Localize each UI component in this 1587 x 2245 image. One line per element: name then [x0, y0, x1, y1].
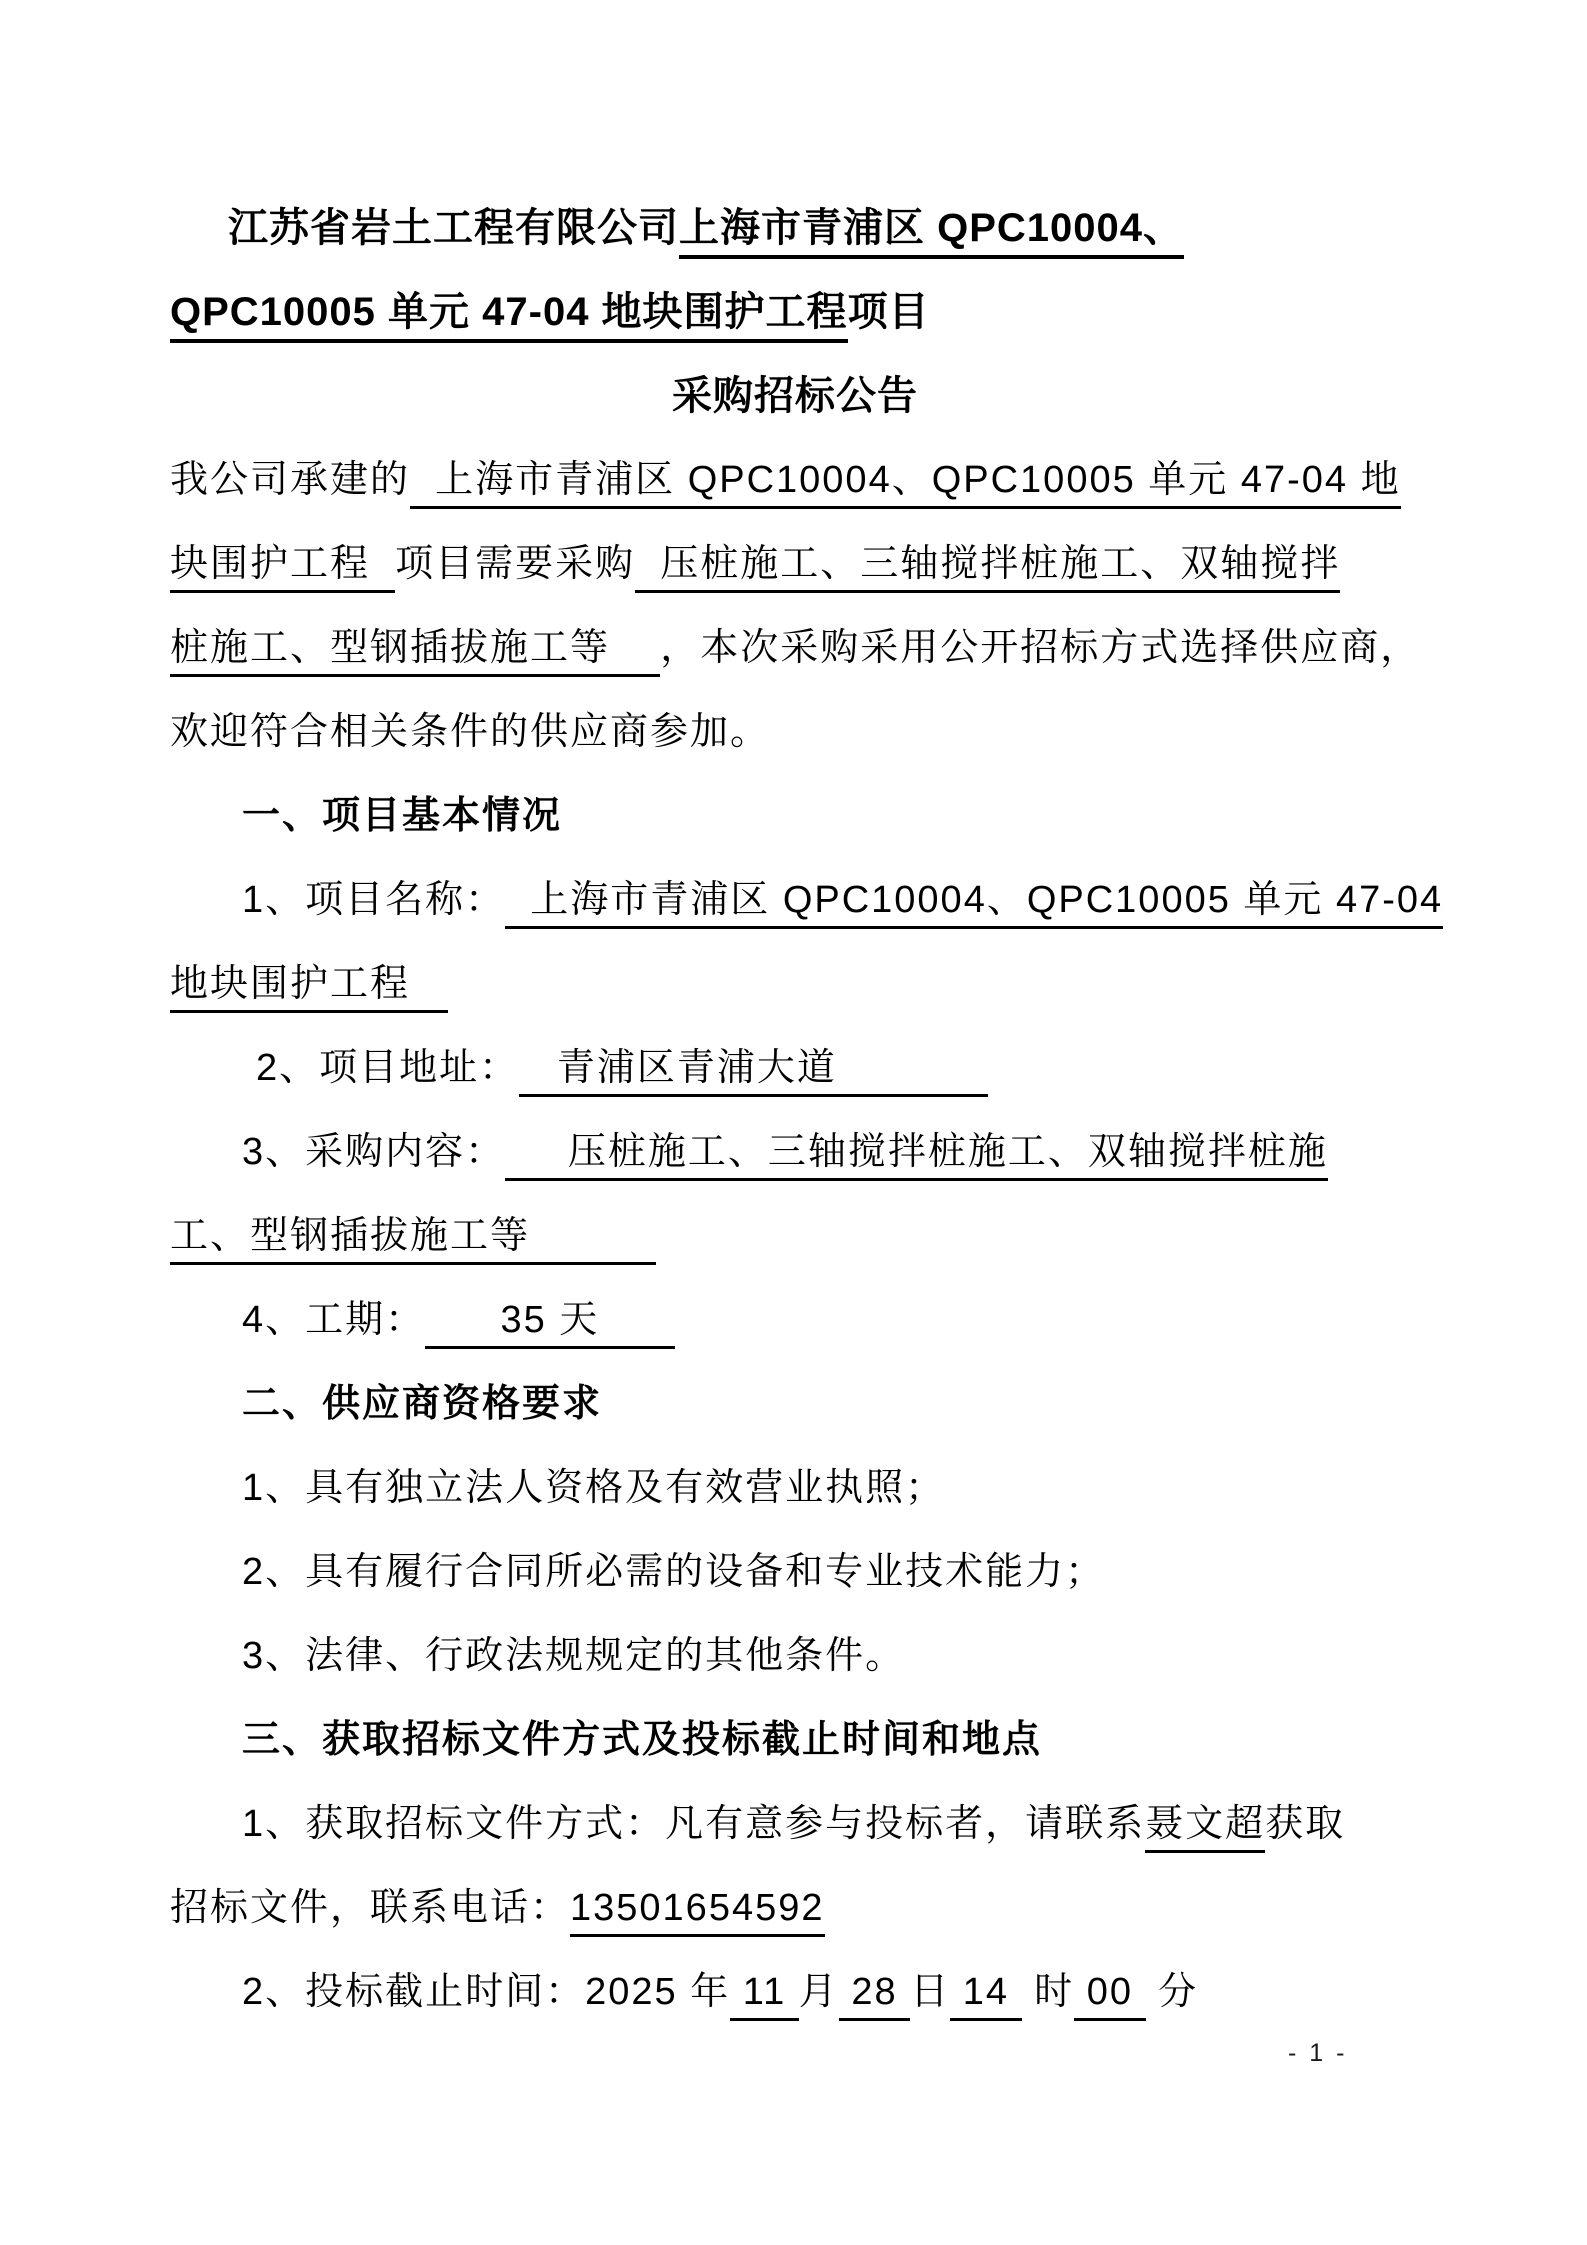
underlined-value: 00 [1074, 1971, 1145, 2021]
section-2-item-2: 2、具有履行合同所必需的设备和专业技术能力； [170, 1530, 1420, 1614]
section-2-item-3: 3、法律、行政法规规定的其他条件。 [170, 1614, 1420, 1698]
section-1-item-1-continued: 地块围护工程 [170, 942, 1420, 1026]
plain-text: 4、工期： [242, 1299, 425, 1341]
plain-text: 时 [1022, 1971, 1075, 2013]
intro-paragraph-line-3: 桩施工、型钢插拔施工等 ，本次采购采用公开招标方式选择供应商， [170, 606, 1420, 690]
plain-text: 2、项目地址： [256, 1047, 519, 1089]
underlined-value: 28 [839, 1971, 910, 2021]
document-subtitle: 采购招标公告 [170, 354, 1420, 438]
section-1-item-3: 3、采购内容： 压桩施工、三轴搅拌桩施工、双轴搅拌桩施 [170, 1110, 1420, 1194]
plain-text: 2、投标截止时间：2025 年 [242, 1971, 730, 2013]
plain-text: 我公司承建的 [170, 459, 410, 501]
intro-paragraph-line-4: 欢迎符合相关条件的供应商参加。 [170, 690, 1420, 774]
section-1-heading: 一、项目基本情况 [170, 774, 1420, 858]
intro-paragraph-line-2: 块围护工程 项目需要采购 压桩施工、三轴搅拌桩施工、双轴搅拌 [170, 522, 1420, 606]
plain-text: 获取 [1265, 1803, 1345, 1845]
page-number: - 1 - [1288, 2038, 1347, 2068]
plain-text: 采购招标公告 [672, 374, 918, 418]
underlined-value: 上海市青浦区 QPC10004、 [679, 206, 1184, 259]
underlined-value: QPC10005 单元 47-04 地块围护工程 [170, 290, 848, 343]
document-page: 江苏省岩土工程有限公司上海市青浦区 QPC10004、QPC10005 单元 4… [0, 0, 1587, 2245]
plain-text: 日 [910, 1971, 950, 2013]
plain-text: 欢迎符合相关条件的供应商参加。 [170, 711, 770, 753]
plain-text: 2、具有履行合同所必需的设备和专业技术能力； [242, 1551, 1105, 1593]
plain-text: 项目 [848, 290, 930, 334]
underlined-value: 14 [950, 1971, 1021, 2021]
underlined-value: 青浦区青浦大道 [519, 1047, 987, 1097]
section-3-heading: 三、获取招标文件方式及投标截止时间和地点 [170, 1698, 1420, 1782]
plain-text: 1、获取招标文件方式：凡有意参与投标者，请联系 [242, 1803, 1145, 1845]
section-3-item-2: 2、投标截止时间：2025 年 11 月 28 日 14 时 00 分 [170, 1950, 1420, 2034]
underlined-value: 11 [730, 1971, 799, 2021]
section-3-item-1: 1、获取招标文件方式：凡有意参与投标者，请联系聂文超获取 [170, 1782, 1420, 1866]
plain-text: 1、项目名称： [242, 879, 505, 921]
intro-paragraph-line-1: 我公司承建的 上海市青浦区 QPC10004、QPC10005 单元 47-04… [170, 438, 1420, 522]
underlined-value: 13501654592 [570, 1887, 824, 1937]
plain-text: 月 [799, 1971, 839, 2013]
section-2-item-1: 1、具有独立法人资格及有效营业执照； [170, 1446, 1420, 1530]
underlined-value: 工、型钢插拔施工等 [170, 1215, 656, 1265]
plain-text: 江苏省岩土工程有限公司 [228, 206, 679, 250]
plain-text: 一、项目基本情况 [242, 795, 562, 837]
section-3-item-1-continued: 招标文件，联系电话：13501654592 [170, 1866, 1420, 1950]
plain-text: 项目需要采购 [395, 543, 635, 585]
section-1-item-3-continued: 工、型钢插拔施工等 [170, 1194, 1420, 1278]
underlined-value: 桩施工、型钢插拔施工等 [170, 627, 660, 677]
section-1-item-1: 1、项目名称： 上海市青浦区 QPC10004、QPC10005 单元 47-0… [170, 858, 1420, 942]
plain-text: 分 [1146, 1971, 1199, 2013]
section-2-heading: 二、供应商资格要求 [170, 1362, 1420, 1446]
underlined-value: 块围护工程 [170, 543, 395, 593]
underlined-value: 压桩施工、三轴搅拌桩施工、双轴搅拌 [635, 543, 1340, 593]
section-1-item-4: 4、工期： 35 天 [170, 1278, 1420, 1362]
underlined-value: 聂文超 [1145, 1803, 1265, 1853]
plain-text: 三、获取招标文件方式及投标截止时间和地点 [242, 1719, 1042, 1761]
plain-text: ，本次采购采用公开招标方式选择供应商， [660, 627, 1420, 669]
plain-text: 3、采购内容： [242, 1131, 505, 1173]
underlined-value: 上海市青浦区 QPC10004、QPC10005 单元 47-04 [505, 879, 1443, 929]
underlined-value: 上海市青浦区 QPC10004、QPC10005 单元 47-04 地 [410, 459, 1401, 509]
document-title-line-1: 江苏省岩土工程有限公司上海市青浦区 QPC10004、 [170, 186, 1420, 270]
plain-text: 3、法律、行政法规规定的其他条件。 [242, 1635, 905, 1677]
underlined-value: 地块围护工程 [170, 963, 448, 1013]
plain-text: 二、供应商资格要求 [242, 1383, 602, 1425]
plain-text: 招标文件，联系电话： [170, 1887, 570, 1929]
document-body: 江苏省岩土工程有限公司上海市青浦区 QPC10004、QPC10005 单元 4… [170, 186, 1420, 2034]
section-1-item-2: 2、项目地址： 青浦区青浦大道 [170, 1026, 1420, 1110]
underlined-value: 压桩施工、三轴搅拌桩施工、双轴搅拌桩施 [505, 1131, 1328, 1181]
plain-text: 1、具有独立法人资格及有效营业执照； [242, 1467, 945, 1509]
document-title-line-2: QPC10005 单元 47-04 地块围护工程项目 [170, 270, 1420, 354]
underlined-value: 35 天 [425, 1299, 675, 1349]
